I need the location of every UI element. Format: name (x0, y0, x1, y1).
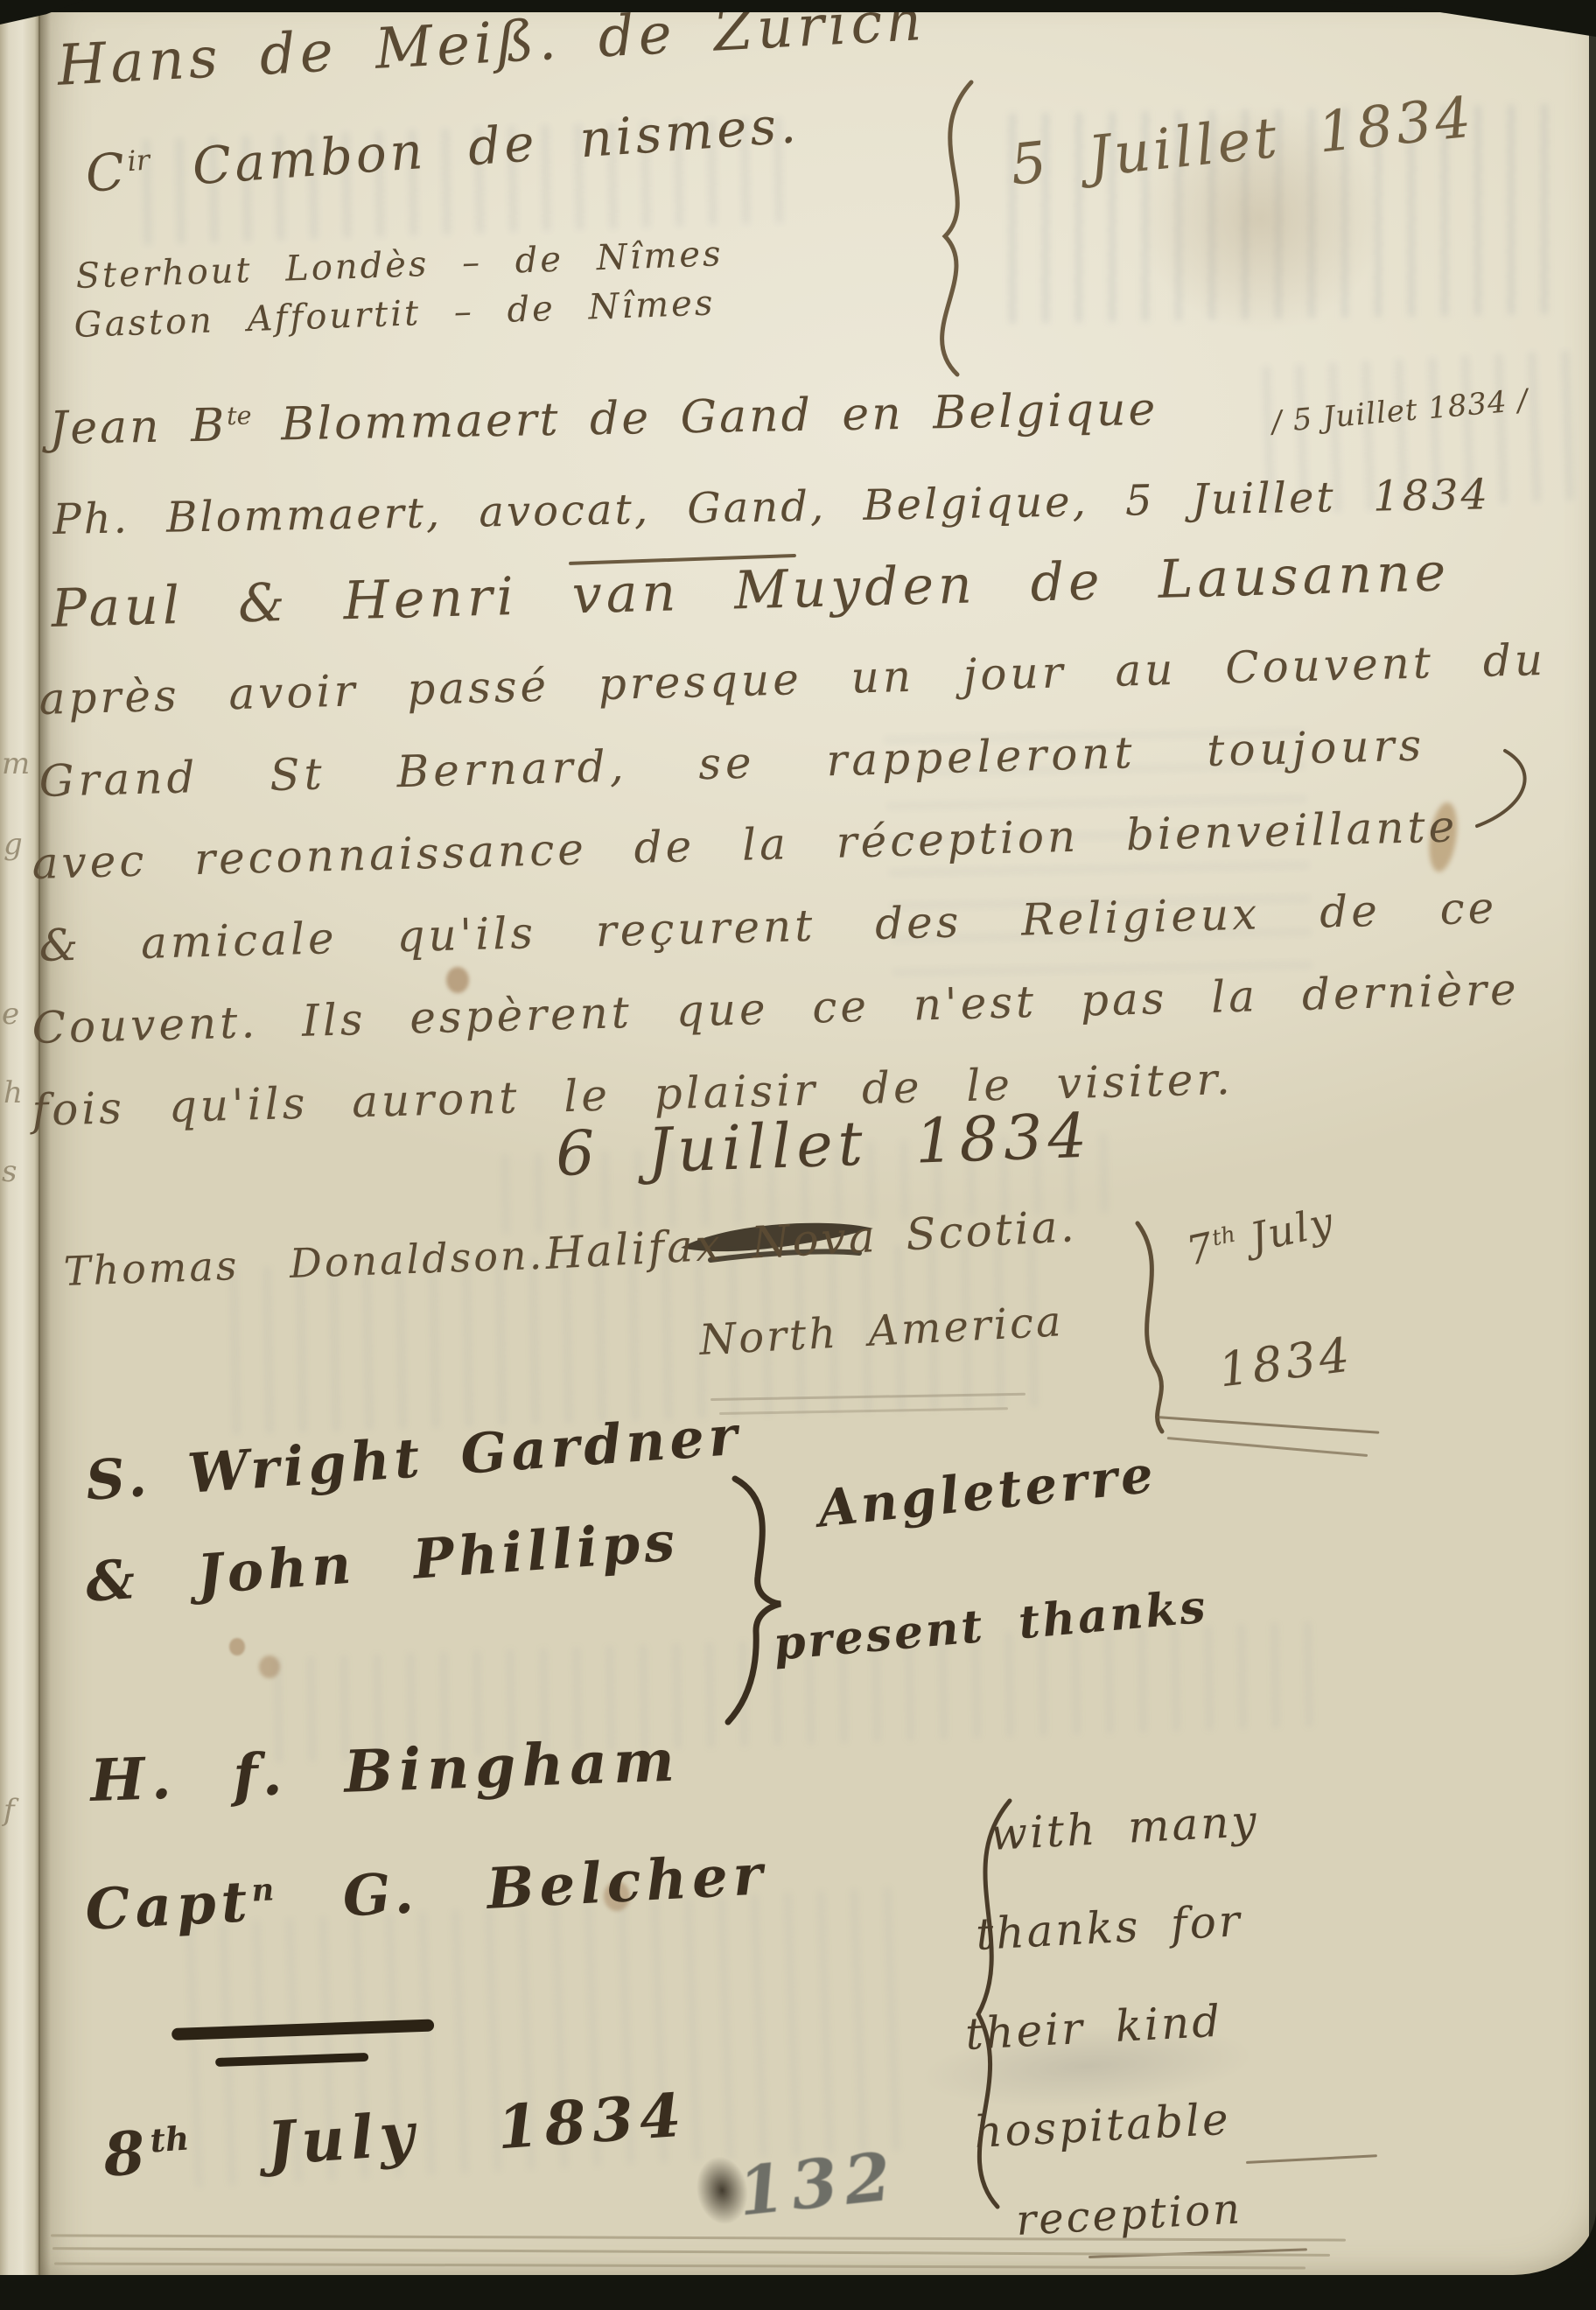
belcher-capt-superscript: n (250, 1872, 275, 1908)
bingham-note-line: reception (1015, 2187, 1243, 2241)
scan-border-bottom (0, 2275, 1596, 2310)
bingham-date-day: 8 (101, 2117, 154, 2191)
scan-border-right (1589, 0, 1596, 2310)
pen-flourish (1470, 742, 1549, 838)
cambon-text: C (84, 142, 130, 204)
entry-vanmuyden-date: 6 Juillet 1834 (555, 1105, 1093, 1185)
bingham-note-line: with many (989, 1799, 1260, 1857)
page-number: 132 (735, 2143, 901, 2226)
blommaert-jean-superscript: te (227, 401, 252, 430)
margin-fragment: m (2, 749, 30, 779)
bingham-note-line: hospitable (973, 2097, 1232, 2154)
margin-fragment: g (3, 829, 23, 859)
guestbook-scan: Hans de Meiß. de Zurich Cir Cambon de ni… (0, 0, 1596, 2310)
blommaert-jean-pre: Jean B (49, 399, 227, 455)
belcher-capt: Capt (84, 1869, 254, 1943)
brace-icon (1122, 1218, 1192, 1437)
binding-shadow (38, 0, 51, 2310)
cambon-superscript: ir (126, 143, 150, 178)
paper-stain (229, 1638, 245, 1655)
brace-icon (716, 1472, 799, 1725)
paper-stain (446, 967, 469, 993)
margin-fragment: s (2, 1157, 17, 1186)
margin-fragment: f (3, 1795, 15, 1825)
brace-icon (894, 77, 990, 379)
bingham-date-superscript: th (149, 2118, 190, 2159)
margin-fragment: e (2, 999, 19, 1029)
bingham-note-line: their kind (964, 1999, 1223, 2056)
bingham-note-line: thanks for (975, 1899, 1243, 1956)
margin-fragment: h (3, 1078, 23, 1108)
paper-stain (259, 1655, 280, 1678)
